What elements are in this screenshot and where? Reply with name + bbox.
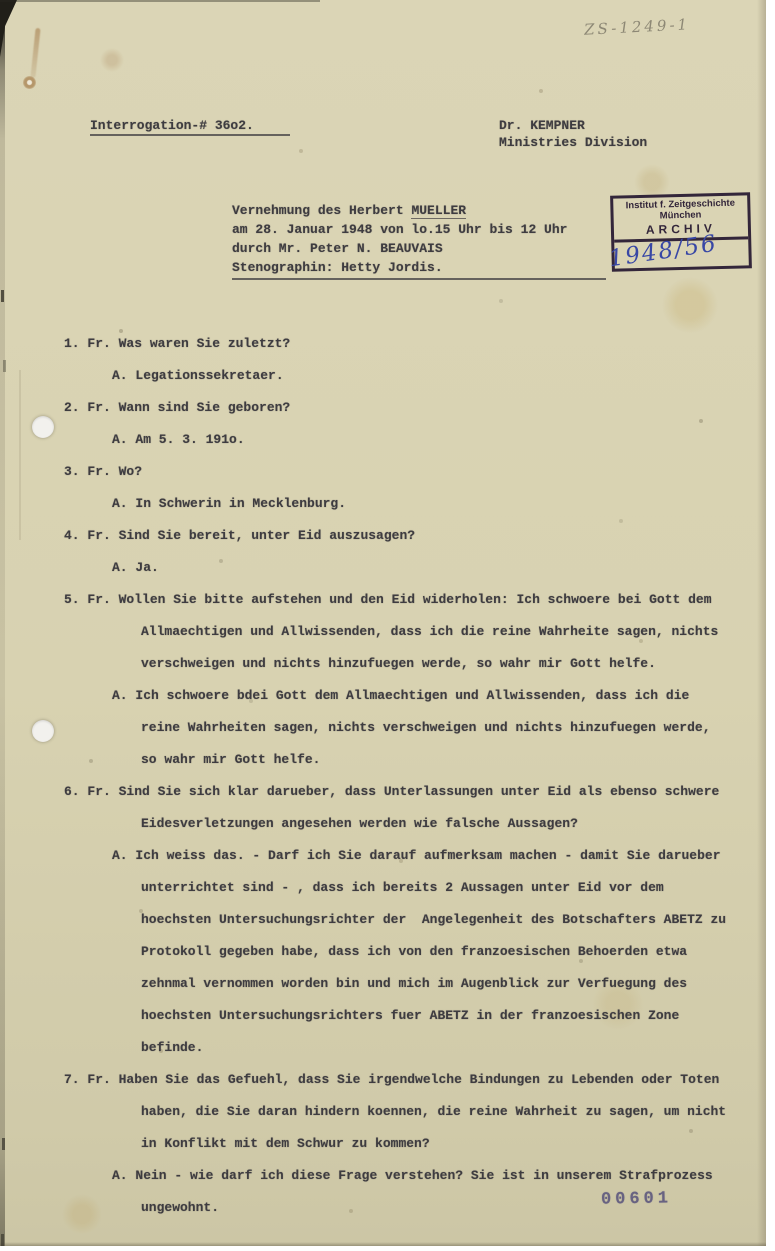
case-caption-block: Vernehmung des Herbert MUELLER am 28. Ja… xyxy=(232,201,606,280)
handwritten-archive-ref: ZS-1249-1 xyxy=(584,15,691,39)
question-line: 5. Fr. Wollen Sie bitte aufstehen und de… xyxy=(64,584,728,680)
question-line: 6. Fr. Sind Sie sich klar darueber, dass… xyxy=(64,776,728,840)
question-line: 1. Fr. Was waren Sie zuletzt? xyxy=(64,328,728,360)
interrogation-number-text: Interrogation-# 36o2. xyxy=(90,118,290,136)
archive-stamp: Institut f. Zeitgeschichte München ARCHI… xyxy=(610,192,752,271)
case-line-interrogator: durch Mr. Peter N. BEAUVAIS xyxy=(232,239,606,258)
paper-edge-right xyxy=(757,0,766,1246)
answer-line: A. Ja. xyxy=(64,552,728,584)
question-line: 2. Fr. Wann sind Sie geboren? xyxy=(64,392,728,424)
case-line-stenographer: Stenographin: Hetty Jordis. xyxy=(232,258,606,280)
document-scan: { "annotations": { "pencil_ref": "ZS-124… xyxy=(0,0,775,1251)
examiner-block: Dr. KEMPNER Ministries Division xyxy=(499,117,647,151)
qa-item: 1. Fr. Was waren Sie zuletzt? A. Legatio… xyxy=(64,328,728,392)
qa-item: 3. Fr. Wo? A. In Schwerin in Mecklenburg… xyxy=(64,456,728,520)
page-number-stamp: 00601 xyxy=(601,1189,672,1209)
case-line-subject: Vernehmung des Herbert MUELLER xyxy=(232,201,606,220)
qa-item: 2. Fr. Wann sind Sie geboren? A. Am 5. 3… xyxy=(64,392,728,456)
interrogation-number: Interrogation-# 36o2. xyxy=(90,118,290,133)
qa-item: 5. Fr. Wollen Sie bitte aufstehen und de… xyxy=(64,584,728,776)
rust-stain-dot xyxy=(23,76,36,89)
paper-edge-bottom xyxy=(0,1242,766,1246)
scan-edge-marks xyxy=(1,290,4,302)
paper-crease xyxy=(19,370,21,540)
answer-line: A. In Schwerin in Mecklenburg. xyxy=(64,488,728,520)
answer-line: A. Ich schwoere bdei Gott dem Allmaechti… xyxy=(64,680,728,776)
question-line: 4. Fr. Sind Sie bereit, unter Eid auszus… xyxy=(64,520,728,552)
qa-item: 6. Fr. Sind Sie sich klar darueber, dass… xyxy=(64,776,728,1064)
subject-name: MUELLER xyxy=(411,203,466,219)
archive-stamp-number-box: 1948/56 xyxy=(614,239,749,268)
punch-hole-bottom xyxy=(32,720,54,742)
answer-line: A. Am 5. 3. 191o. xyxy=(64,424,728,456)
examiner-division: Ministries Division xyxy=(499,134,647,151)
scan-edge-top xyxy=(0,0,320,2)
paper-speckles xyxy=(0,0,2,2)
paper-sheet: ZS-1249-1 Interrogation-# 36o2. Dr. KEMP… xyxy=(0,0,766,1246)
case-line-datetime: am 28. Januar 1948 von lo.15 Uhr bis 12 … xyxy=(232,220,606,239)
qa-transcript: 1. Fr. Was waren Sie zuletzt? A. Legatio… xyxy=(64,328,728,1224)
qa-item: 4. Fr. Sind Sie bereit, unter Eid auszus… xyxy=(64,520,728,584)
scan-edge-left xyxy=(0,0,5,1246)
punch-hole-top xyxy=(32,416,54,438)
examiner-name: Dr. KEMPNER xyxy=(499,117,647,134)
question-line: 3. Fr. Wo? xyxy=(64,456,728,488)
answer-line: A. Ich weiss das. - Darf ich Sie darauf … xyxy=(64,840,728,1064)
rust-stain-streak xyxy=(30,28,40,78)
answer-line: A. Legationssekretaer. xyxy=(64,360,728,392)
question-line: 7. Fr. Haben Sie das Gefuehl, dass Sie i… xyxy=(64,1064,728,1160)
